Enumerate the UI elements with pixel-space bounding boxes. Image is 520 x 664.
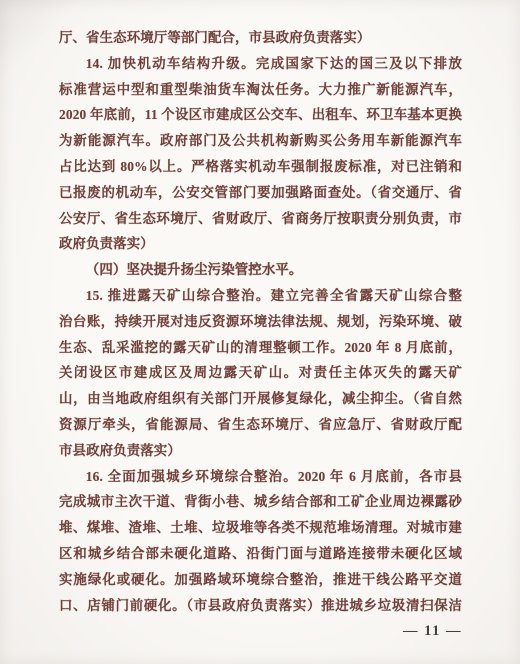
text-line: 2020 年底前，11 个设区市建成区公交车、出租车、环卫车基本更换	[59, 102, 462, 128]
text-line: 生态、乱采滥挖的露天矿山的清理整顿工作。2020 年 8 月底前，	[59, 335, 462, 361]
text-line: 区和城乡结合部未硬化道路、沿街门面与道路连接带未硬化区域	[59, 541, 462, 567]
page-number: — 11 —	[403, 621, 462, 641]
text-line: 厅、省生态环境厅等部门配合，市县政府负责落实）	[59, 25, 462, 51]
text-line: 标准营运中型和重型柴油货车淘汰任务。大力推广新能源汽车，	[59, 77, 462, 103]
text-line: 山，由当地政府组织有关部门开展修复绿化，减尘抑尘。（省自然	[59, 386, 462, 412]
text-line: 口、店铺门前硬化。（市县政府负责落实）推进城乡垃圾清扫保洁	[59, 593, 462, 619]
text-line: 14. 加快机动车结构升级。完成国家下达的国三及以下排放	[59, 51, 462, 77]
text-line: 为新能源汽车。政府部门及公共机构新购买公务用车新能源汽车	[59, 128, 462, 154]
text-line: 市县政府负责落实）	[59, 438, 462, 464]
text-line: 已报废的机动车，公安交管部门要加强路面查处。（省交通厅、省	[59, 180, 462, 206]
section-heading: （四）坚决提升扬尘污染管控水平。	[59, 257, 462, 283]
text-line: 16. 全面加强城乡环境综合整治。2020 年 6 月底前，各市县	[59, 464, 462, 490]
text-line: 完成城市主次干道、背街小巷、城乡结合部和工矿企业周边裸露砂	[59, 489, 462, 515]
document-body: 厅、省生态环境厅等部门配合，市县政府负责落实）14. 加快机动车结构升级。完成国…	[59, 25, 462, 618]
text-line: 堆、煤堆、渣堆、土堆、垃圾堆等各类不规范堆场清理。对城市建成	[59, 515, 462, 541]
text-line: 资源厅牵头，省能源局、省生态环境厅、省应急厅、省财政厅配合，	[59, 412, 462, 438]
text-line: 治台账，持续开展对违反资源环境法律法规、规划，污染环境、破坏	[59, 309, 462, 335]
text-line: 政府负责落实）	[59, 231, 462, 257]
scanned-document-page: 厅、省生态环境厅等部门配合，市县政府负责落实）14. 加快机动车结构升级。完成国…	[0, 0, 520, 664]
text-line: 实施绿化或硬化。加强路域环境综合整治，推进干线公路平交道	[59, 567, 462, 593]
text-line: 15. 推进露天矿山综合整治。建立完善全省露天矿山综合整	[59, 283, 462, 309]
text-line: 关闭设区市建成区及周边露天矿山。对责任主体灭失的露天矿	[59, 360, 462, 386]
text-line: 公安厅、省生态环境厅、省财政厅、省商务厅按职责分别负责，市县	[59, 206, 462, 232]
text-line: 占比达到 80%以上。严格落实机动车强制报废标准，对已注销和	[59, 154, 462, 180]
